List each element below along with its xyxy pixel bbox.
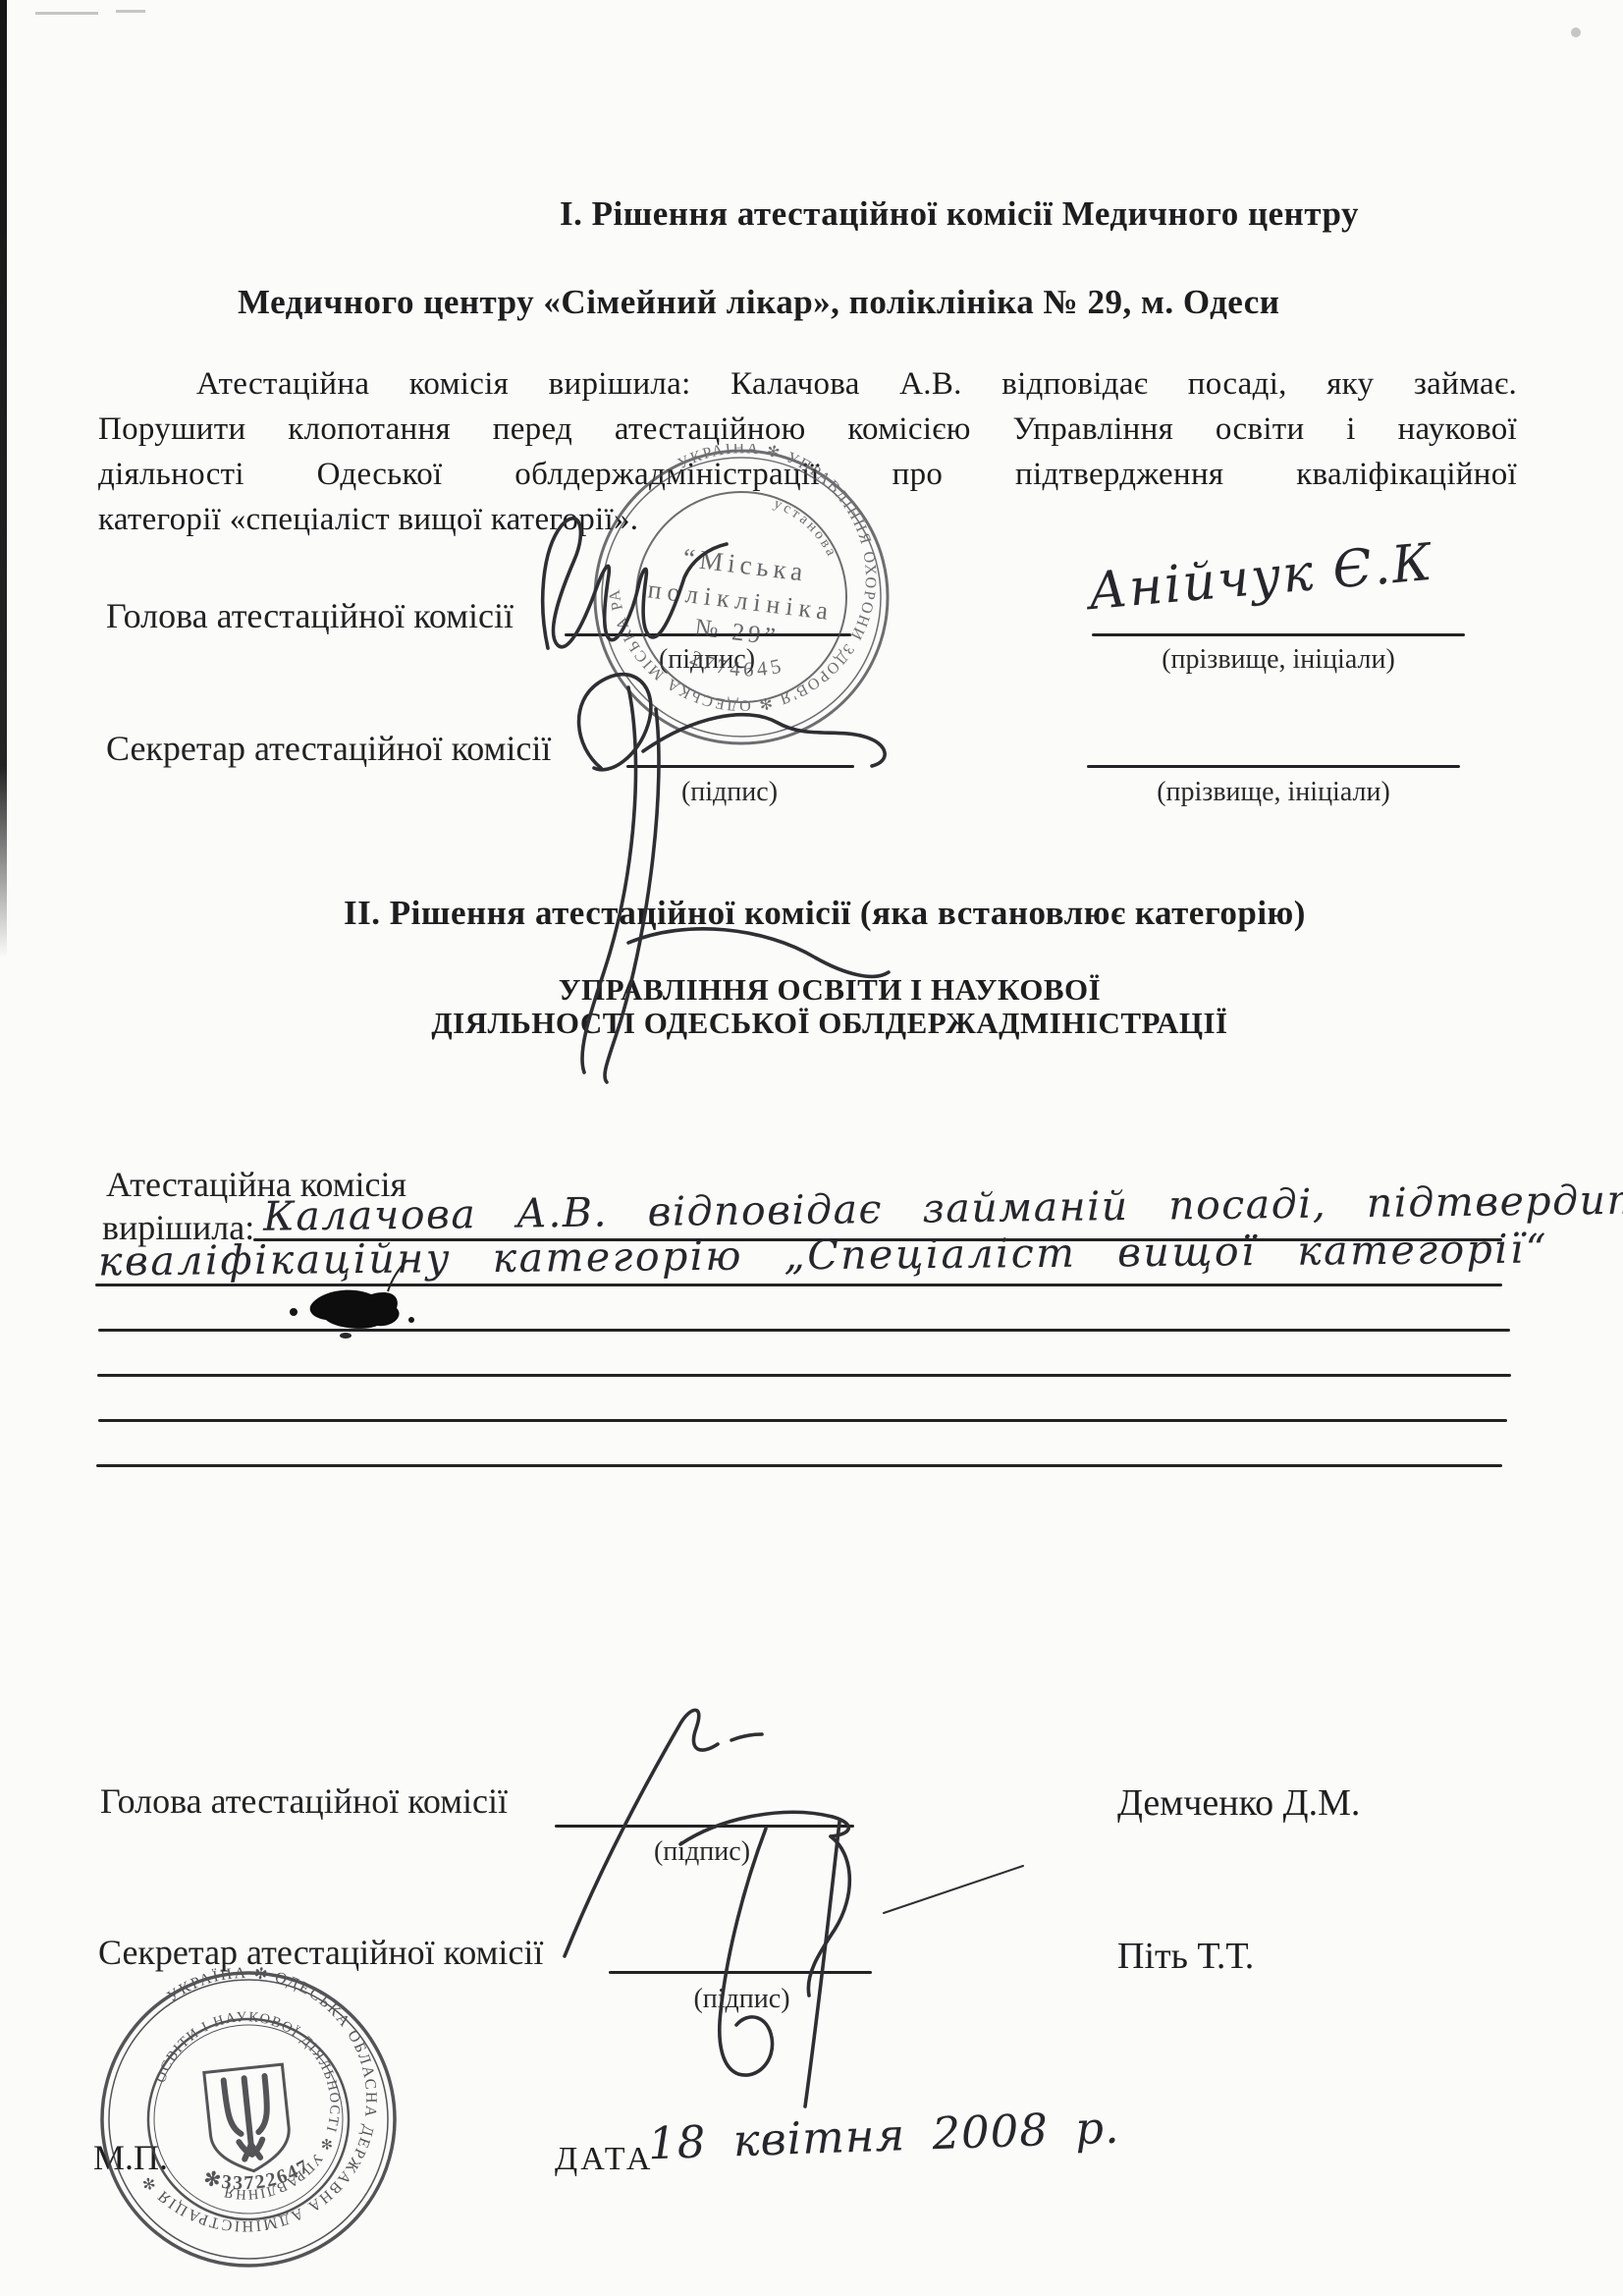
- name-caption: (прізвище, ініціали): [1087, 777, 1460, 808]
- ruled-line-blank: [97, 1374, 1511, 1377]
- signature-caption: (підпис): [574, 1836, 830, 1868]
- section1-subtitle: Медичного центру «Сімейний лікар», полік…: [238, 283, 1279, 322]
- date-label: ДАТА: [555, 2141, 653, 2178]
- ruled-line-blank: [98, 1329, 1510, 1332]
- head-signature-name-handwritten: Анійчук Є.К: [1086, 533, 1435, 622]
- scan-smudge: [35, 12, 98, 15]
- date-handwritten: 18 квітня 2008 р.: [647, 2102, 1120, 2170]
- scan-smudge: [116, 10, 145, 13]
- stamp-center-line2: поліклініка: [646, 574, 836, 626]
- svg-text:установа: установа: [766, 495, 845, 562]
- head-signature-section2: [565, 1710, 762, 1956]
- signature-line: [555, 1825, 854, 1828]
- stamp-inner-arc-text: установа: [766, 495, 845, 562]
- svg-text:УКРАЇНА ✻ ОДЕСЬКА ОБЛАСНА ДЕРЖ: УКРАЇНА ✻ ОДЕСЬКА ОБЛАСНА ДЕРЖАВНА АДМІН…: [117, 1966, 393, 2246]
- oblast-administration-round-stamp: УКРАЇНА ✻ ОДЕСЬКА ОБЛАСНА ДЕРЖАВНА АДМІН…: [96, 1966, 403, 2290]
- section2-head-label: Голова атестаційної комісії: [100, 1780, 508, 1822]
- secretary-name: Піть Т.Т.: [1117, 1935, 1254, 1978]
- section1-title: І. Рішення атестаційної комісії Медичног…: [560, 194, 1359, 234]
- scan-edge-artifact: [0, 0, 7, 957]
- signature-caption: (підпис): [617, 1984, 867, 2015]
- scanned-document-page: І. Рішення атестаційної комісії Медичног…: [0, 0, 1623, 2296]
- head-name: Демченко Д.М.: [1117, 1781, 1360, 1825]
- name-line: [1092, 633, 1465, 636]
- stamp-outer-ring-text: УКРАЇНА ✻ ОДЕСЬКА ОБЛАСНА ДЕРЖАВНА АДМІН…: [117, 1966, 393, 2246]
- ruled-line: [95, 1284, 1502, 1286]
- paragraph-line: Атестаційна комісія вирішила: Калачова А…: [98, 361, 1517, 407]
- scan-smudge: [1571, 27, 1581, 37]
- section1-head-label: Голова атестаційної комісії: [106, 595, 514, 636]
- ruled-line-blank: [96, 1464, 1502, 1467]
- signature-line: [609, 1971, 872, 1974]
- org-name-line1: УПРАВЛІННЯ ОСВІТИ І НАУКОВОЇ: [39, 972, 1620, 1008]
- org-name-line2: ДІЯЛЬНОСТІ ОДЕСЬКОЇ ОБЛДЕРЖАДМІНІСТРАЦІЇ: [39, 1006, 1620, 1041]
- polyclinic-round-stamp: УКРАЇНА ✻ УПРАВЛІННЯ ОХОРОНИ ЗДОРОВ'Я ✻ …: [585, 444, 897, 750]
- section1-secretary-label: Секретар атестаційної комісії: [106, 728, 551, 769]
- section2-title: ІІ. Рішення атестаційної комісії (яка вс…: [29, 894, 1620, 933]
- name-line: [1087, 765, 1460, 768]
- signature-caption: (підпис): [607, 777, 852, 808]
- signature-line: [626, 765, 854, 768]
- trident-emblem: [204, 2064, 294, 2175]
- ruled-line-blank: [98, 1419, 1507, 1422]
- name-caption: (прізвище, ініціали): [1092, 644, 1465, 676]
- stamp-center-line3: № 29”: [693, 615, 781, 651]
